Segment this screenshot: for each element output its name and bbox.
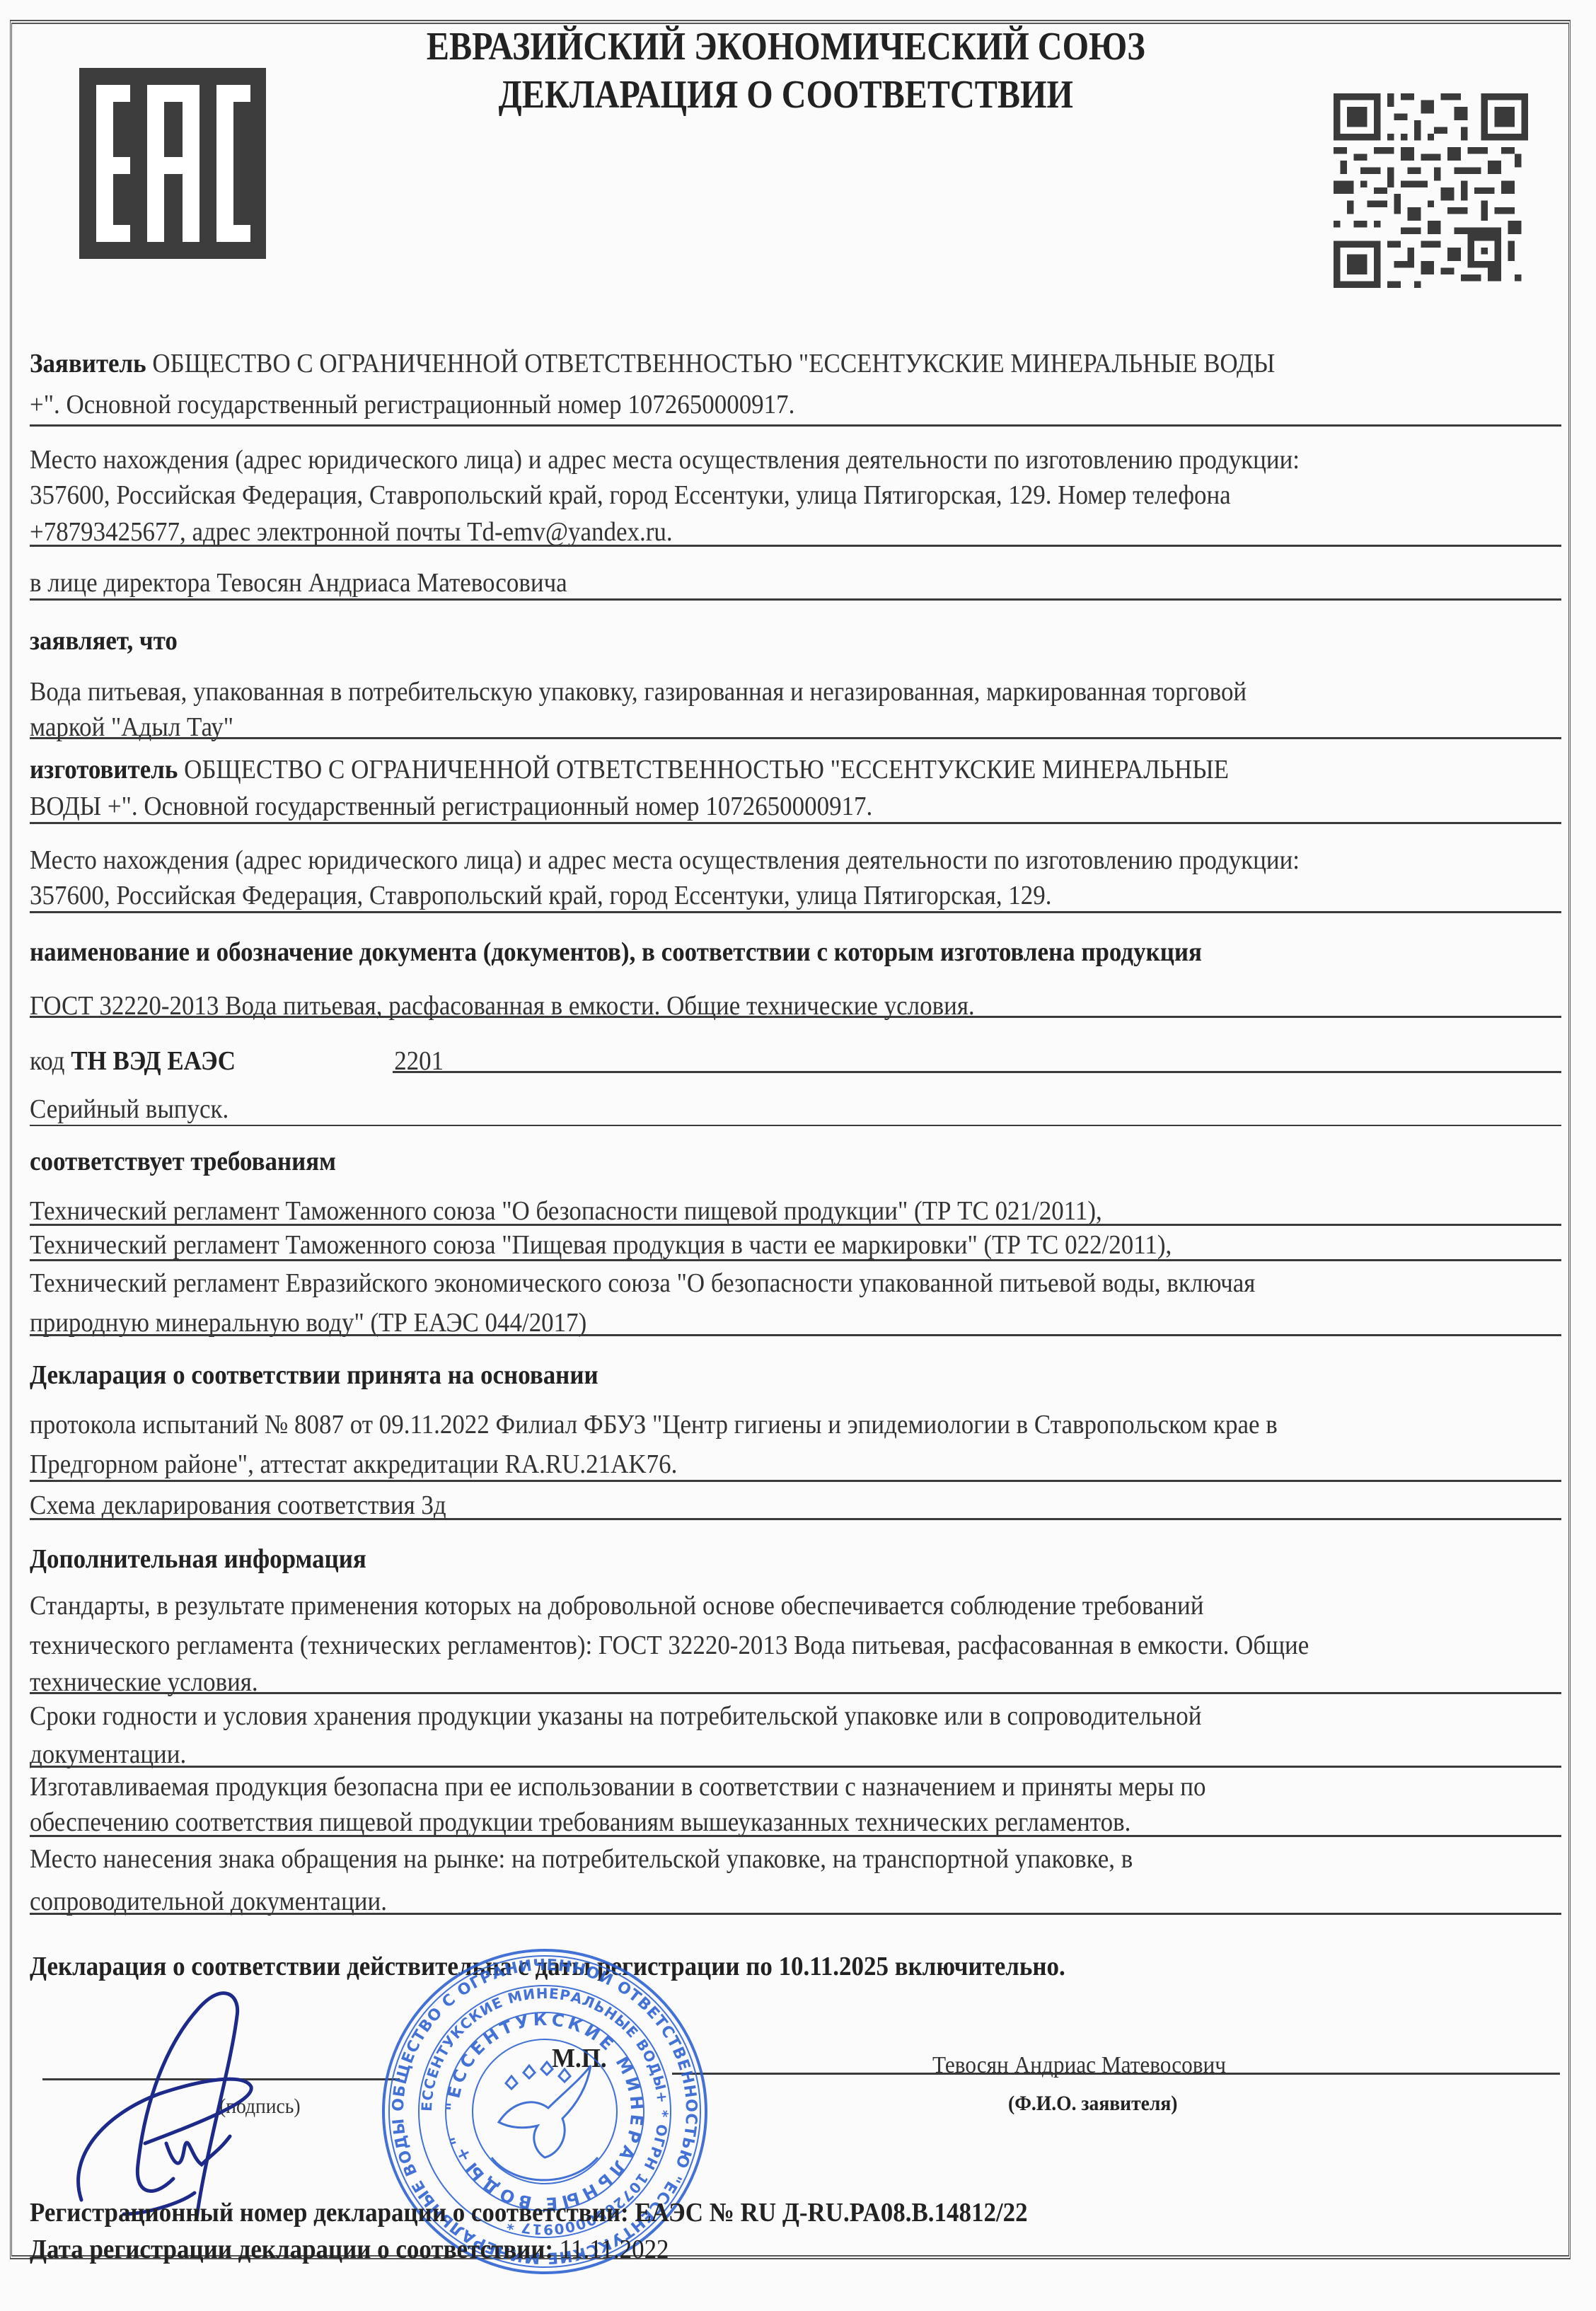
requirement-item: Технический регламент Евразийского эконо… — [30, 1263, 1572, 1303]
manufacturer-label: изготовитель — [30, 755, 178, 784]
applicant-address-line-2: 357600, Российская Федерация, Ставрополь… — [30, 475, 1572, 515]
manufacturer-address-line-2: 357600, Российская Федерация, Ставрополь… — [30, 876, 1449, 915]
additional-p1-line-2: технического регламента (технических рег… — [30, 1626, 1572, 1665]
handwritten-signature — [60, 1988, 357, 2221]
requirement-item: природную минеральную воду" (ТР ЕАЭС 044… — [30, 1303, 1449, 1343]
divider — [30, 1913, 1561, 1915]
product-line-2: маркой "Адыл Тау" — [30, 707, 1449, 747]
additional-p1-line-1: Стандарты, в результате применения котор… — [30, 1586, 1572, 1626]
divider — [30, 1259, 1561, 1261]
registration-date-value: 11.11.2022 — [560, 2235, 669, 2264]
applicant-representative: в лице директора Тевосян Андриаса Матево… — [30, 563, 1449, 603]
product-line-1: Вода питьевая, упакованная в потребитель… — [30, 672, 1572, 712]
divider — [30, 1692, 1561, 1694]
additional-p4-line-1: Место нанесения знака обращения на рынке… — [30, 1839, 1572, 1879]
manufacturer-line-1: изготовитель ОБЩЕСТВО С ОГРАНИЧЕННОЙ ОТВ… — [30, 750, 1572, 789]
applicant-line-2: +". Основной государственный регистрацио… — [30, 385, 1449, 424]
applicant-address-line-1: Место нахождения (адрес юридического лиц… — [30, 440, 1572, 480]
validity-statement: Декларация о соответствии действительна … — [30, 1947, 1449, 1986]
tn-ved-value: 2201 — [394, 1041, 444, 1081]
release-type: Серийный выпуск. — [30, 1089, 1449, 1129]
divider — [30, 598, 1561, 601]
manufacturer-line-2: ВОДЫ +". Основной государственный регист… — [30, 787, 1449, 826]
requirements-label: соответствует требованиям — [30, 1142, 1449, 1181]
divider — [30, 737, 1561, 739]
basis-line-2: Предгорном районе", аттестат аккредитаци… — [30, 1444, 1449, 1484]
divider — [30, 424, 1561, 427]
divider — [30, 1334, 1561, 1336]
divider — [30, 1016, 1561, 1018]
divider — [30, 1125, 1561, 1126]
divider — [30, 1835, 1561, 1837]
divider — [393, 1071, 1561, 1073]
applicant-label: Заявитель — [30, 349, 146, 378]
tn-ved-label: ТН ВЭД ЕАЭС — [71, 1046, 236, 1076]
declares-label: заявляет, что — [30, 621, 1449, 661]
registration-number-row: Регистрационный номер декларации о соотв… — [30, 2193, 1449, 2232]
applicant-line-1: Заявитель ОБЩЕСТВО С ОГРАНИЧЕННОЙ ОТВЕТС… — [30, 344, 1572, 383]
additional-p4-line-2: сопроводительной документации. — [30, 1882, 1449, 1921]
basis-label: Декларация о соответствии принята на осн… — [30, 1355, 1449, 1395]
standard-doc-label: наименование и обозначение документа (до… — [30, 932, 1449, 972]
title-line-2: ДЕКЛАРАЦИЯ О СООТВЕТСТВИИ — [88, 71, 1485, 119]
registration-number-label: Регистрационный номер декларации о соотв… — [30, 2198, 629, 2228]
divider — [30, 545, 1561, 547]
divider — [30, 822, 1561, 824]
manufacturer-name: ОБЩЕСТВО С ОГРАНИЧЕННОЙ ОТВЕТСТВЕННОСТЬЮ… — [178, 755, 1229, 784]
basis-line-1: протокола испытаний № 8087 от 09.11.2022… — [30, 1405, 1572, 1444]
additional-info-label: Дополнительная информация — [30, 1539, 1449, 1579]
registration-date-label: Дата регистрации декларации о соответств… — [30, 2235, 553, 2264]
eagle-emblem-icon — [492, 2062, 598, 2180]
manufacturer-address-line-1: Место нахождения (адрес юридического лиц… — [30, 840, 1449, 880]
additional-p2-line-1: Сроки годности и условия хранения продук… — [30, 1696, 1572, 1736]
signer-name: Тевосян Андриас Матевосович — [932, 2046, 1518, 2085]
signer-caption: (Ф.И.О. заявителя) — [1008, 2084, 1399, 2124]
applicant-name: ОБЩЕСТВО С ОГРАНИЧЕННОЙ ОТВЕТСТВЕННОСТЬЮ… — [146, 349, 1276, 378]
additional-p3-line-1: Изготавливаемая продукция безопасна при … — [30, 1767, 1572, 1807]
registration-date-row: Дата регистрации декларации о соответств… — [30, 2230, 1449, 2269]
tn-ved-label-prefix: код — [30, 1046, 71, 1076]
document-title: ЕВРАЗИЙСКИЙ ЭКОНОМИЧЕСКИЙ СОЮЗ ДЕКЛАРАЦИ… — [112, 23, 1484, 119]
tn-ved-row: код ТН ВЭД ЕАЭС 2201 — [30, 1041, 1449, 1081]
standard-doc-value: ГОСТ 32220-2013 Вода питьевая, расфасова… — [30, 986, 1449, 1026]
registration-number-value: ЕАЭС № RU Д-RU.PA08.B.14812/22 — [635, 2198, 1027, 2228]
divider — [30, 1518, 1561, 1520]
title-line-1: ЕВРАЗИЙСКИЙ ЭКОНОМИЧЕСКИЙ СОЮЗ — [88, 23, 1485, 71]
qr-code-icon[interactable] — [1334, 93, 1528, 288]
divider — [30, 911, 1561, 913]
divider — [30, 1480, 1561, 1482]
